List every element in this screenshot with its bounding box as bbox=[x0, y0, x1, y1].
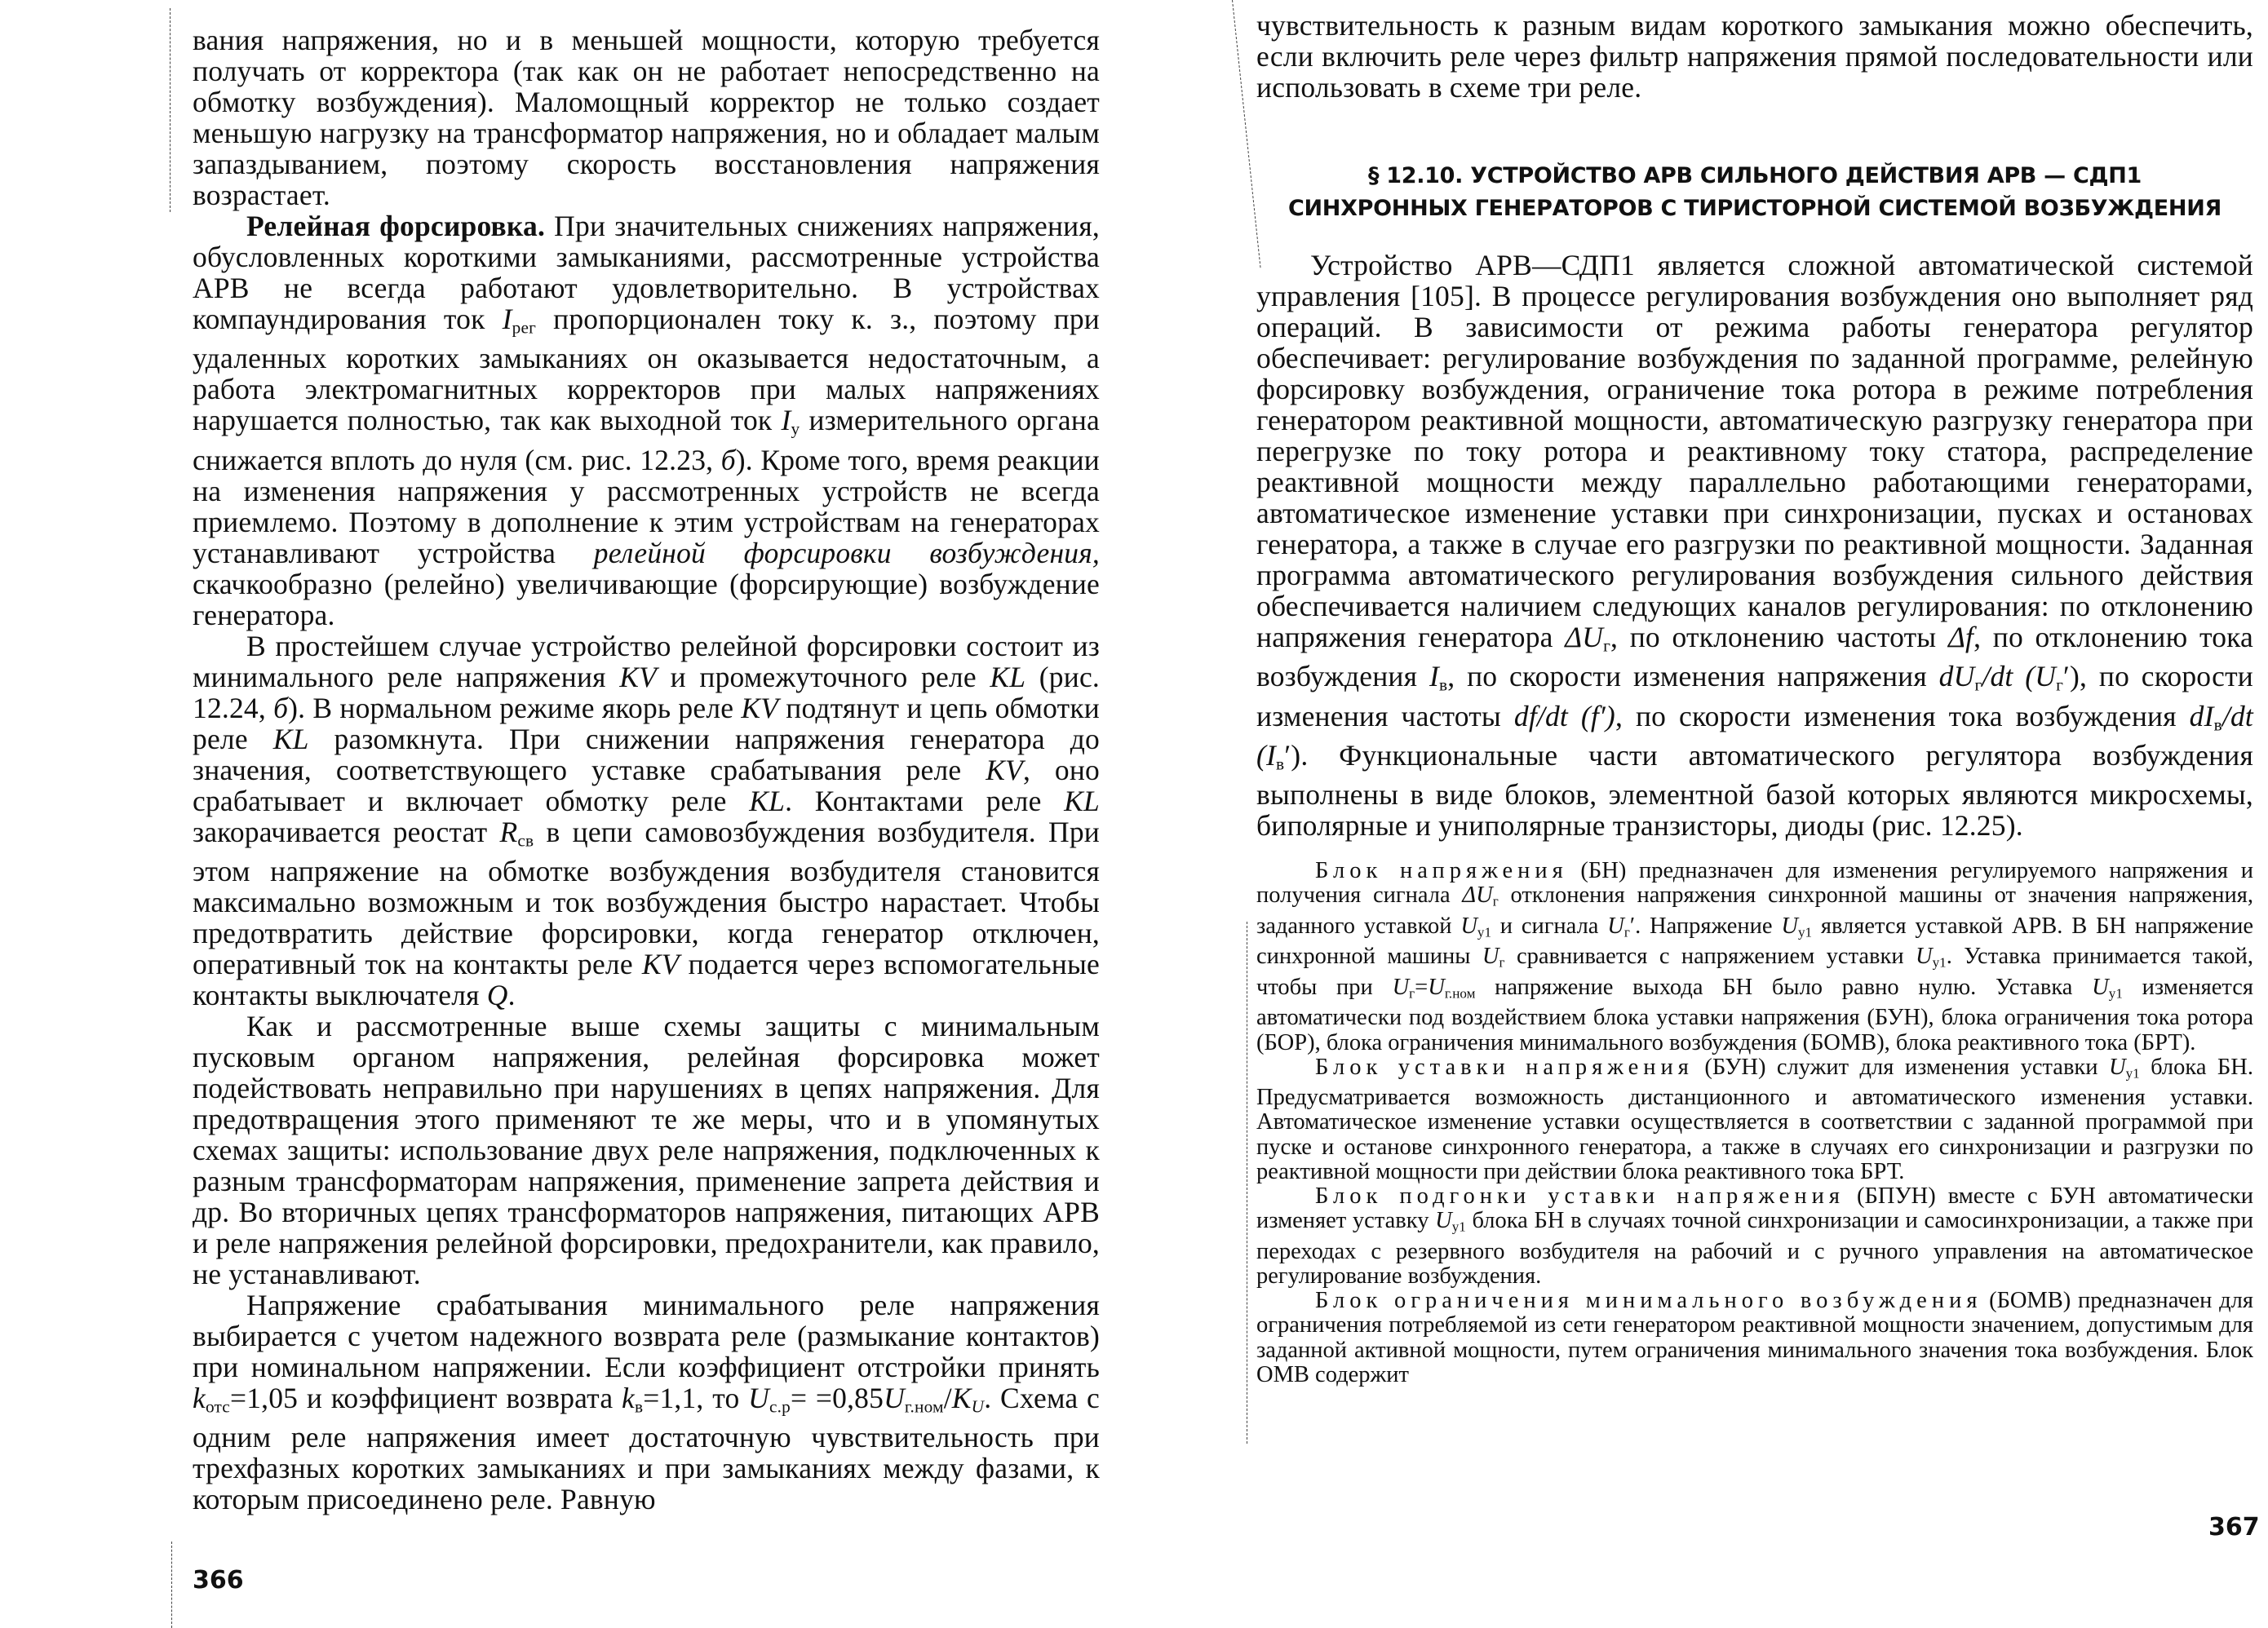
math-symbol: U bbox=[748, 1382, 769, 1414]
paragraph-arv-sdp1: Устройство АРВ—СДП1 является сложной авт… bbox=[1256, 250, 2253, 841]
math-symbol: K bbox=[952, 1382, 972, 1414]
text-run: Устройство АРВ—СДП1 является сложной авт… bbox=[1256, 249, 2253, 653]
math-symbol: U bbox=[1393, 975, 1410, 1000]
math-symbol: ′) bbox=[2063, 660, 2080, 692]
math-symbol: U bbox=[884, 1382, 905, 1414]
text-run: / bbox=[944, 1382, 952, 1414]
paragraph-min-excitation-block: Блок ограничения минимального возбуждени… bbox=[1256, 1289, 2253, 1387]
paragraph-text: вания напряжения, но и в меньшей мощност… bbox=[193, 24, 1100, 211]
right-body-main: Устройство АРВ—СДП1 является сложной авт… bbox=[1256, 250, 2253, 841]
scan-margin-artifact bbox=[171, 1542, 172, 1628]
paragraph-lead-term: Блок уставки напряжения bbox=[1315, 1055, 1694, 1080]
text-run: (БУН) служит для изменения уставки bbox=[1694, 1055, 2109, 1080]
text-run: . bbox=[508, 979, 516, 1011]
math-subscript: U bbox=[972, 1396, 985, 1416]
math-symbol: U bbox=[1916, 944, 1933, 969]
left-page: вания напряжения, но и в меньшей мощност… bbox=[0, 0, 1134, 1628]
paragraph-lead-term: Блок ограничения минимального возбуждени… bbox=[1315, 1288, 1982, 1313]
math-symbol: I bbox=[503, 303, 512, 335]
math-symbol: KL bbox=[273, 723, 309, 755]
math-symbol: Q bbox=[487, 979, 508, 1011]
math-symbol: KL bbox=[749, 785, 785, 817]
text-run: =1,1, то bbox=[643, 1382, 748, 1414]
paragraph-lead-term: Блок подгонки уставки напряжения bbox=[1315, 1183, 1845, 1209]
math-subscript: в bbox=[2214, 714, 2222, 734]
math-subscript: г bbox=[1624, 924, 1630, 940]
paragraph-pickup-voltage: Напряжение срабатывания минимального рел… bbox=[193, 1290, 1100, 1515]
scan-margin-artifact bbox=[1247, 922, 1247, 1444]
text-run: . Функциональные части автоматического р… bbox=[1256, 739, 2253, 842]
math-subscript: у bbox=[791, 419, 800, 439]
section-heading: § 12.10. Устройство АРВ сильного действи… bbox=[1256, 160, 2253, 225]
math-symbol: dU bbox=[1939, 660, 1975, 692]
text-run: , по скорости изменения напряжения bbox=[1447, 660, 1938, 692]
math-symbol: KV bbox=[986, 754, 1023, 786]
paragraph-protection-schemes: Как и рассмотренные выше схемы защиты с … bbox=[193, 1011, 1100, 1290]
math-symbol: U bbox=[1781, 914, 1798, 939]
text-run: закорачивается реостат bbox=[193, 816, 500, 848]
left-page-text-column: вания напряжения, но и в меньшей мощност… bbox=[193, 24, 1100, 1515]
math-subscript: у1 bbox=[2126, 1065, 2140, 1081]
right-body-top: чувствительность к разным видам коротког… bbox=[1256, 10, 2253, 103]
math-subscript: г.ном bbox=[905, 1396, 944, 1416]
math-subscript: рег bbox=[512, 317, 536, 337]
math-symbol: U bbox=[1460, 914, 1477, 939]
text-run: Напряжение срабатывания минимального рел… bbox=[193, 1289, 1100, 1383]
math-symbol: U bbox=[2092, 975, 2109, 1000]
math-subscript: у1 bbox=[1933, 955, 1947, 971]
math-subscript: у1 bbox=[1798, 924, 1812, 940]
text-run: напряжение выхода БН было равно нулю. Ус… bbox=[1475, 975, 2092, 1000]
italic-term: релейной форсировки возбуждения, bbox=[594, 537, 1100, 569]
text-run: и промежуточного реле bbox=[657, 661, 990, 693]
math-symbol: R bbox=[500, 816, 518, 848]
math-symbol: KV bbox=[741, 692, 778, 724]
math-symbol: U bbox=[1482, 944, 1499, 969]
section-heading-line-1: § 12.10. Устройство АРВ сильного действи… bbox=[1256, 160, 2253, 192]
math-symbol: dI bbox=[2190, 700, 2214, 732]
math-subscript: г bbox=[1499, 955, 1504, 971]
small-print-block: Блок напряжения (БН) предназначен для из… bbox=[1256, 859, 2253, 1387]
math-symbol: ΔU bbox=[1462, 883, 1492, 908]
math-symbol: KV bbox=[642, 948, 680, 980]
math-subscript: в bbox=[635, 1396, 643, 1416]
scan-margin-artifact bbox=[170, 8, 171, 212]
math-subscript: у1 bbox=[1477, 924, 1491, 940]
section-heading-line-2: синхронных генераторов с тиристорной сис… bbox=[1256, 192, 2253, 225]
paragraph-lead-term: Блок напряжения bbox=[1315, 858, 1568, 883]
math-subscript: в bbox=[1439, 675, 1447, 695]
math-symbol: KL bbox=[990, 661, 1025, 693]
math-subscript: отс bbox=[206, 1396, 230, 1416]
math-symbol: U bbox=[1435, 1208, 1452, 1233]
math-subscript: г bbox=[1603, 635, 1610, 655]
math-symbol: U bbox=[2109, 1055, 2126, 1080]
text-run: . Контактами реле bbox=[785, 785, 1064, 817]
text-run: сравнивается с напряжением уставки bbox=[1505, 944, 1916, 969]
paragraph-continuation: вания напряжения, но и в меньшей мощност… bbox=[193, 24, 1100, 210]
text-run: разомкнута. При снижении напряжения гене… bbox=[193, 723, 1100, 786]
math-symbol: k bbox=[622, 1382, 635, 1414]
paragraph-voltage-block: Блок напряжения (БН) предназначен для из… bbox=[1256, 859, 2253, 1055]
math-symbol: Δf bbox=[1948, 621, 1973, 653]
paragraph-continuation: чувствительность к разным видам коротког… bbox=[1256, 10, 2253, 103]
math-symbol: ′) bbox=[1284, 739, 1300, 772]
math-subscript: у1 bbox=[2109, 985, 2123, 1001]
paragraph-lead-heading: Релейная форсировка. bbox=[246, 210, 545, 242]
page-number-right: 367 bbox=[2208, 1513, 2260, 1542]
math-symbol: U bbox=[1607, 914, 1624, 939]
paragraph-text: Как и рассмотренные выше схемы защиты с … bbox=[193, 1010, 1100, 1290]
text-run: =1,05 и коэффициент возврата bbox=[230, 1382, 622, 1414]
math-symbol: df/dt (f′) bbox=[1514, 700, 1615, 732]
math-symbol: /dt (U bbox=[1982, 660, 2056, 692]
math-subscript: с.р bbox=[769, 1396, 791, 1416]
math-subscript: г.ном bbox=[1445, 985, 1476, 1001]
text-run: и сигнала bbox=[1491, 914, 1607, 939]
math-symbol: = bbox=[1415, 975, 1428, 1000]
math-symbol: б bbox=[721, 444, 736, 476]
text-run: , по скорости изменения тока возбуждения bbox=[1615, 700, 2190, 732]
math-symbol: I bbox=[1429, 660, 1439, 692]
math-symbol: U bbox=[1428, 975, 1445, 1000]
right-page-text-column: чувствительность к разным видам коротког… bbox=[1256, 10, 2253, 1387]
math-symbol: k bbox=[193, 1382, 206, 1414]
math-subscript: у1 bbox=[1452, 1219, 1466, 1234]
math-subscript: г bbox=[1493, 894, 1499, 909]
math-subscript: в bbox=[1276, 754, 1284, 773]
math-symbol: KL bbox=[1064, 785, 1100, 817]
math-symbol: ΔU bbox=[1565, 621, 1603, 653]
paragraph-relay-forcing: Релейная форсировка. При значительных сн… bbox=[193, 210, 1100, 630]
paragraph-setpoint-block: Блок уставки напряжения (БУН) служит для… bbox=[1256, 1055, 2253, 1184]
math-subscript: г bbox=[2056, 675, 2063, 695]
page-number-left: 366 bbox=[193, 1566, 244, 1595]
text-run: = =0,85 bbox=[791, 1382, 884, 1414]
paragraph-setpoint-adjust-block: Блок подгонки уставки напряжения (БПУН) … bbox=[1256, 1184, 2253, 1289]
text-run: скачкообразно (релейно) увеличивающие (ф… bbox=[193, 568, 1100, 631]
math-symbol: KV bbox=[619, 661, 657, 693]
math-symbol: I bbox=[781, 404, 791, 436]
paragraph-simplest-case: В простейшем случае устройство релейной … bbox=[193, 630, 1100, 1011]
math-subscript: св bbox=[517, 830, 534, 850]
text-run: , по отклонению частоты bbox=[1610, 621, 1948, 653]
text-run: . Напряжение bbox=[1635, 914, 1781, 939]
right-page: чувствительность к разным видам коротког… bbox=[1134, 0, 2268, 1628]
text-run: ). В нормальном режиме якорь реле bbox=[288, 692, 741, 724]
math-symbol: б bbox=[273, 692, 288, 724]
